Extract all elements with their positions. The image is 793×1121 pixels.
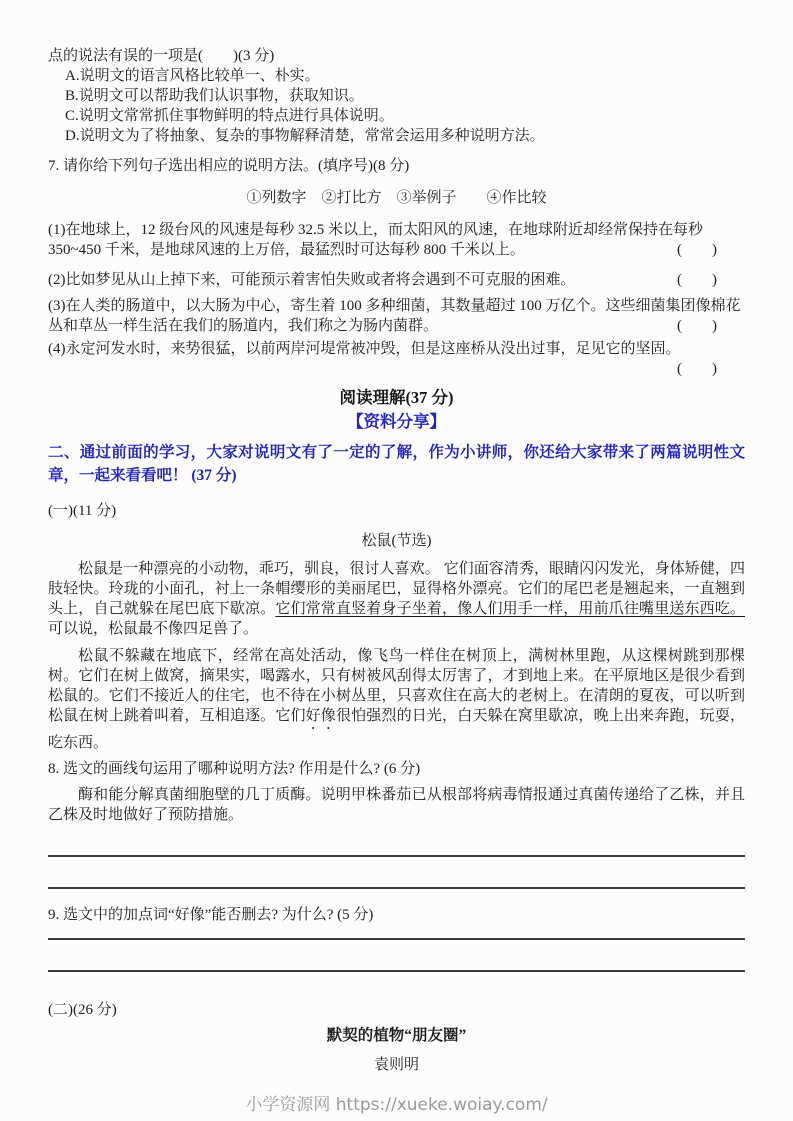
q9-answer-line-2 bbox=[48, 940, 745, 972]
para2-dotted-word: 好像 bbox=[306, 708, 336, 724]
q6-option-d: D.说明文为了将抽象、复杂的事物解释清楚，常常会运用多种说明方法。 bbox=[48, 126, 745, 146]
q7-item-4-answer-blank: ( ) bbox=[48, 359, 745, 379]
part1-label: (一)(11 分) bbox=[48, 501, 745, 521]
part2-passage-title: 默契的植物“朋友圈” bbox=[48, 1026, 745, 1046]
q7-item-4-text: (4)永定河发水时，来势很猛，以前两岸河堤常被冲毁，但是这座桥从没出过事，足见它… bbox=[48, 339, 745, 359]
q7-item-2-text: (2)比如梦见从山上掉下来，可能预示着害怕失败或者将会遇到不可克服的困难。 bbox=[48, 272, 576, 288]
material-share-tag: 【资料分享】 bbox=[48, 411, 745, 433]
q7-stem: 7. 请你给下列句子选出相应的说明方法。(填序号)(8 分) bbox=[48, 156, 745, 176]
q9-answer-line-1 bbox=[48, 925, 745, 940]
para1-text-end: 可以说，松鼠最不像四足兽了。 bbox=[48, 621, 258, 637]
q8-stem: 8. 选文的画线句运用了哪种说明方法? 作用是什么? (6 分) bbox=[48, 759, 745, 779]
question-6: 点的说法有误的一项是( )(3 分) A.说明文的语言风格比较单一、朴实。 B.… bbox=[48, 46, 745, 146]
q7-choices: ①列数字 ②打比方 ③举例子 ④作比较 bbox=[48, 188, 745, 208]
q6-option-b: B.说明文可以帮助我们认识事物，获取知识。 bbox=[48, 86, 745, 106]
exam-page: 点的说法有误的一项是( )(3 分) A.说明文的语言风格比较单一、朴实。 B.… bbox=[0, 0, 793, 1121]
q9-stem: 9. 选文中的加点词“好像”能否删去? 为什么? (5 分) bbox=[48, 905, 745, 925]
q7-item-3: (3)在人类的肠道中，以大肠为中心，寄生着 100 多种细菌，其数量超过 100… bbox=[48, 296, 745, 336]
q7-item-2: (2)比如梦见从山上掉下来，可能预示着害怕失败或者将会遇到不可克服的困难。 ( … bbox=[48, 270, 745, 290]
q7-item-1: (1)在地球上，12 级台风的风速是每秒 32.5 米以上，而太阳风的风速，在地… bbox=[48, 220, 745, 260]
part2-label: (二)(26 分) bbox=[48, 1000, 745, 1020]
q8-answer-text: 酶和能分解真菌细胞壁的几丁质酶。说明甲株番茄已从根部将病毒情报通过真菌传递给了乙… bbox=[48, 785, 745, 825]
q6-option-a: A.说明文的语言风格比较单一、朴实。 bbox=[48, 66, 745, 86]
part1-passage-title: 松鼠(节选) bbox=[48, 531, 745, 551]
reading-section-title: 阅读理解(37 分) bbox=[48, 387, 745, 409]
site-watermark: 小学资源网 https://xueke.woiay.com/ bbox=[48, 1094, 745, 1116]
q7-item-1-text: (1)在地球上，12 级台风的风速是每秒 32.5 米以上，而太阳风的风速，在地… bbox=[48, 222, 703, 258]
q7-item-1-answer-blank: ( ) bbox=[677, 240, 717, 260]
q7-item-4: (4)永定河发水时，来势很猛，以前两岸河堤常被冲毁，但是这座桥从没出过事，足见它… bbox=[48, 339, 745, 379]
section-two-intro: 二、通过前面的学习，大家对说明文有了一定的了解，作为小讲师，你还给大家带来了两篇… bbox=[48, 441, 745, 487]
part2-author: 袁则明 bbox=[48, 1055, 745, 1075]
q7-item-3-answer-blank: ( ) bbox=[677, 316, 717, 336]
question-7: 7. 请你给下列句子选出相应的说明方法。(填序号)(8 分) ①列数字 ②打比方… bbox=[48, 156, 745, 379]
para1-underlined-sentence: 它们常常直竖着身子坐着，像人们用手一样，用前爪往嘴里送东西吃。 bbox=[275, 601, 745, 617]
q7-item-2-answer-blank: ( ) bbox=[677, 270, 717, 290]
q7-item-3-text: (3)在人类的肠道中，以大肠为中心，寄生着 100 多种细菌，其数量超过 100… bbox=[48, 298, 741, 334]
q6-stem: 点的说法有误的一项是( )(3 分) bbox=[48, 46, 745, 66]
q6-option-c: C.说明文常常抓住事物鲜明的特点进行具体说明。 bbox=[48, 106, 745, 126]
part1-paragraph-1: 松鼠是一种漂亮的小动物，乖巧，驯良，很讨人喜欢。 它们面容清秀，眼睛闪闪发光，身… bbox=[48, 559, 745, 639]
part1-paragraph-2: 松鼠不躲藏在地底下，经常在高处活动，像飞鸟一样住在树顶上，满树林里跑，从这棵树跳… bbox=[48, 646, 745, 753]
q8-answer-line-2 bbox=[48, 857, 745, 889]
q8-answer-line-1 bbox=[48, 825, 745, 857]
